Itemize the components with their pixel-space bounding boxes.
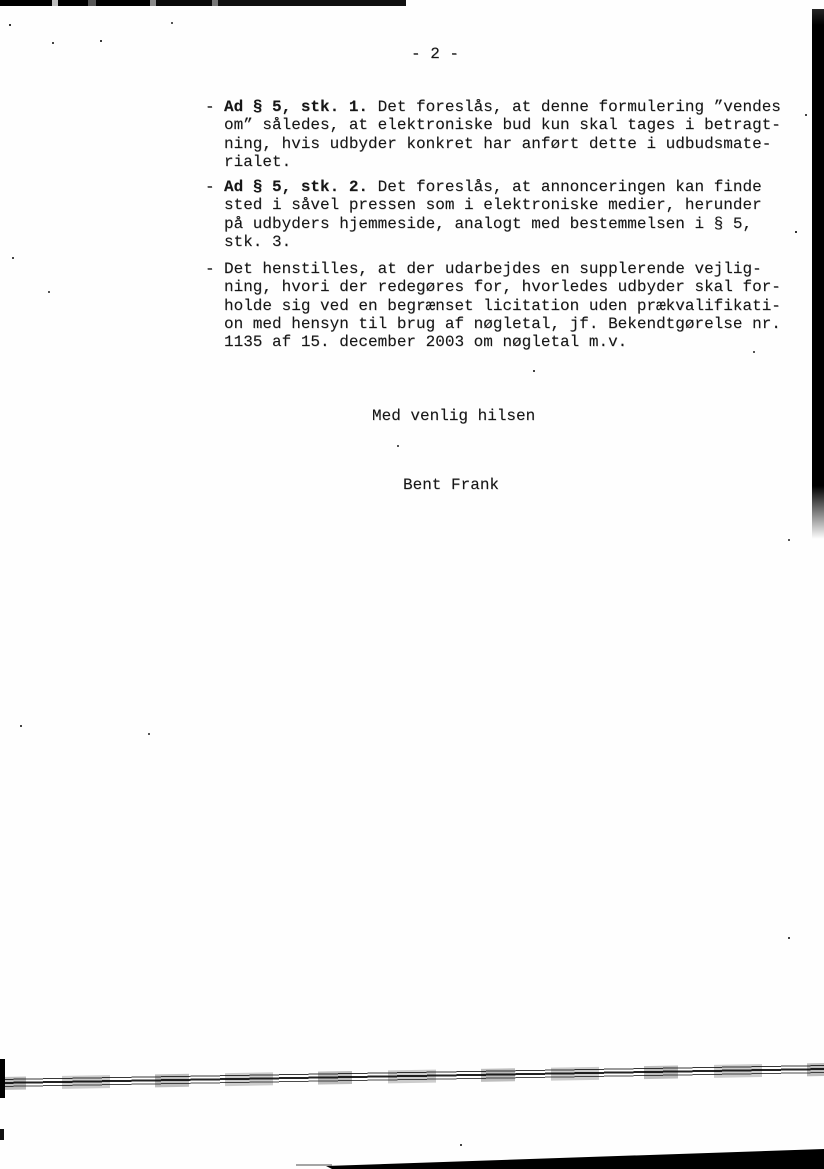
bullet-line: stk. 3. <box>224 233 762 251</box>
scan-artifact-top-edge <box>0 0 406 6</box>
scan-artifact-wedge-tail <box>296 1164 332 1166</box>
scan-artifact-bottom-wedge <box>0 1144 824 1169</box>
bullet-line: Det henstilles, at der udarbejdes en sup… <box>224 260 781 278</box>
bullet-line-rest: Det foreslås, at denne formulering ”vend… <box>368 98 781 116</box>
bullet-item-henstilling: - Det henstilles, at der udarbejdes en s… <box>205 260 781 351</box>
bullet-lead-bold: Ad § 5, stk. 2. <box>224 178 368 196</box>
bullet-line: 1135 af 15. december 2003 om nøgletal m.… <box>224 333 781 351</box>
scan-artifact-scratch-band <box>0 1063 824 1090</box>
bullet-line: ning, hvori der redegøres for, hvorledes… <box>224 278 781 296</box>
bullet-text: Ad § 5, stk. 1. Det foreslås, at denne f… <box>224 98 781 171</box>
bullet-marker: - <box>205 178 224 196</box>
bullet-line: on med hensyn til brug af nøgletal, jf. … <box>224 315 781 333</box>
bullet-marker: - <box>205 98 224 116</box>
page-number: - 2 - <box>411 45 459 63</box>
bullet-line: sted i såvel pressen som i elektroniske … <box>224 196 762 214</box>
bullet-line: rialet. <box>224 153 781 171</box>
scanned-letter-page: - 2 - - Ad § 5, stk. 1. Det foreslås, at… <box>0 0 824 1169</box>
bullet-line: ning, hvis udbyder konkret har anført de… <box>224 135 781 153</box>
bullet-item-ad-5-stk-2: - Ad § 5, stk. 2. Det foreslås, at annon… <box>205 178 762 251</box>
bullet-text: Ad § 5, stk. 2. Det foreslås, at annonce… <box>224 178 762 251</box>
scan-specks <box>0 0 2 2</box>
bullet-line: om” således, at elektroniske bud kun ska… <box>224 116 781 134</box>
signature-name: Bent Frank <box>403 476 499 494</box>
bullet-item-ad-5-stk-1: - Ad § 5, stk. 1. Det foreslås, at denne… <box>205 98 781 171</box>
bullet-line: på udbyders hjemmeside, analogt med best… <box>224 215 762 233</box>
scan-artifact-left-mark <box>0 1129 4 1140</box>
bullet-lead-bold: Ad § 5, stk. 1. <box>224 98 368 116</box>
bullet-line-rest: Det foreslås, at annonceringen kan finde <box>368 178 762 196</box>
bullet-line: Ad § 5, stk. 1. Det foreslås, at denne f… <box>224 98 781 116</box>
scan-artifact-left-mark <box>0 1059 5 1098</box>
bullet-marker: - <box>205 260 224 278</box>
bullet-line: holde sig ved en begrænset licitation ud… <box>224 297 781 315</box>
scan-artifact-right-edge <box>812 9 824 539</box>
closing-salutation: Med venlig hilsen <box>372 407 535 425</box>
bullet-line: Ad § 5, stk. 2. Det foreslås, at annonce… <box>224 178 762 196</box>
bullet-text: Det henstilles, at der udarbejdes en sup… <box>224 260 781 351</box>
